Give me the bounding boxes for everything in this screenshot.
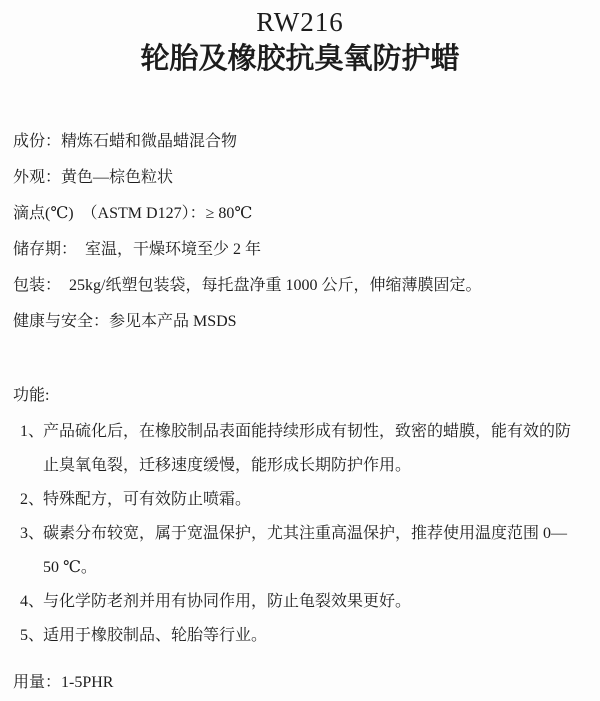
dosage-line: 用量：1-5PHR xyxy=(13,672,113,694)
function-item-4: 4、 与化学防老剂并用有协同作用，防止龟裂效果更好。 xyxy=(20,585,578,619)
function-item-5: 5、 适用于橡胶制品、轮胎等行业。 xyxy=(20,619,578,653)
spec-line-shelf-life: 储存期： 室温，干燥环境至少 2 年 xyxy=(13,232,594,268)
item-number: 5、 xyxy=(20,619,44,653)
functions-heading: 功能: xyxy=(13,385,49,407)
spec-line-composition: 成份：精炼石蜡和微晶蜡混合物 xyxy=(13,124,594,160)
item-text: 产品硫化后，在橡胶制品表面能持续形成有韧性，致密的蜡膜，能有效的防止臭氧龟裂，迁… xyxy=(43,423,571,474)
spec-section: 成份：精炼石蜡和微晶蜡混合物 外观：黄色—棕色粒状 滴点(℃) （ASTM D1… xyxy=(13,124,594,340)
functions-list: 1、 产品硫化后，在橡胶制品表面能持续形成有韧性，致密的蜡膜，能有效的防止臭氧龟… xyxy=(20,415,578,653)
item-text: 特殊配方，可有效防止喷霜。 xyxy=(43,491,251,508)
item-number: 4、 xyxy=(20,585,44,619)
spec-line-appearance: 外观：黄色—棕色粒状 xyxy=(13,160,594,196)
product-name-title: 轮胎及橡胶抗臭氧防护蜡 xyxy=(0,40,600,78)
product-code-title: RW216 xyxy=(0,6,600,38)
function-item-1: 1、 产品硫化后，在橡胶制品表面能持续形成有韧性，致密的蜡膜，能有效的防止臭氧龟… xyxy=(20,415,578,483)
item-number: 1、 xyxy=(20,415,44,449)
spec-line-health-safety: 健康与安全：参见本产品 MSDS xyxy=(13,304,594,340)
function-item-2: 2、 特殊配方，可有效防止喷霜。 xyxy=(20,483,578,517)
item-text: 碳素分布较宽，属于宽温保护，尤其注重高温保护，推荐使用温度范围 0—50 ℃。 xyxy=(43,525,567,576)
product-datasheet-page: RW216 轮胎及橡胶抗臭氧防护蜡 成份：精炼石蜡和微晶蜡混合物 外观：黄色—棕… xyxy=(0,0,600,701)
function-item-3: 3、 碳素分布较宽，属于宽温保护，尤其注重高温保护，推荐使用温度范围 0—50 … xyxy=(20,517,578,585)
item-number: 3、 xyxy=(20,517,44,551)
item-text: 适用于橡胶制品、轮胎等行业。 xyxy=(43,627,267,644)
item-text: 与化学防老剂并用有协同作用，防止龟裂效果更好。 xyxy=(43,593,411,610)
item-number: 2、 xyxy=(20,483,44,517)
spec-line-drop-point: 滴点(℃) （ASTM D127）：≥ 80℃ xyxy=(13,196,594,232)
spec-line-packaging: 包装： 25kg/纸塑包装袋，每托盘净重 1000 公斤，伸缩薄膜固定。 xyxy=(13,268,594,304)
